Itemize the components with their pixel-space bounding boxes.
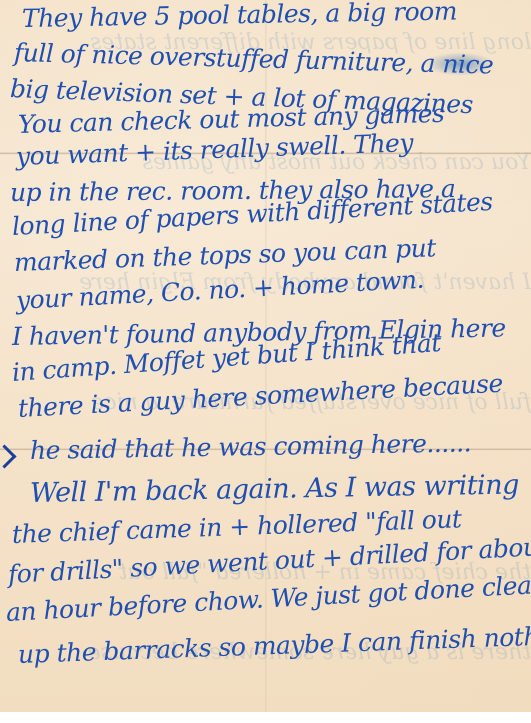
letter-page: long line of papers with different state… <box>0 0 531 712</box>
letter-line: he said that he was coming here...... <box>30 428 472 465</box>
letter-line: Well I'm back again. As I was writing <box>30 469 519 509</box>
letter-line: full of nice overstuffed furniture, a ni… <box>14 38 494 80</box>
letter-line: up the barracks so maybe I can finish no… <box>17 622 531 669</box>
letter-line: They have 5 pool tables, a big room <box>22 0 457 33</box>
scan-background <box>0 712 531 723</box>
